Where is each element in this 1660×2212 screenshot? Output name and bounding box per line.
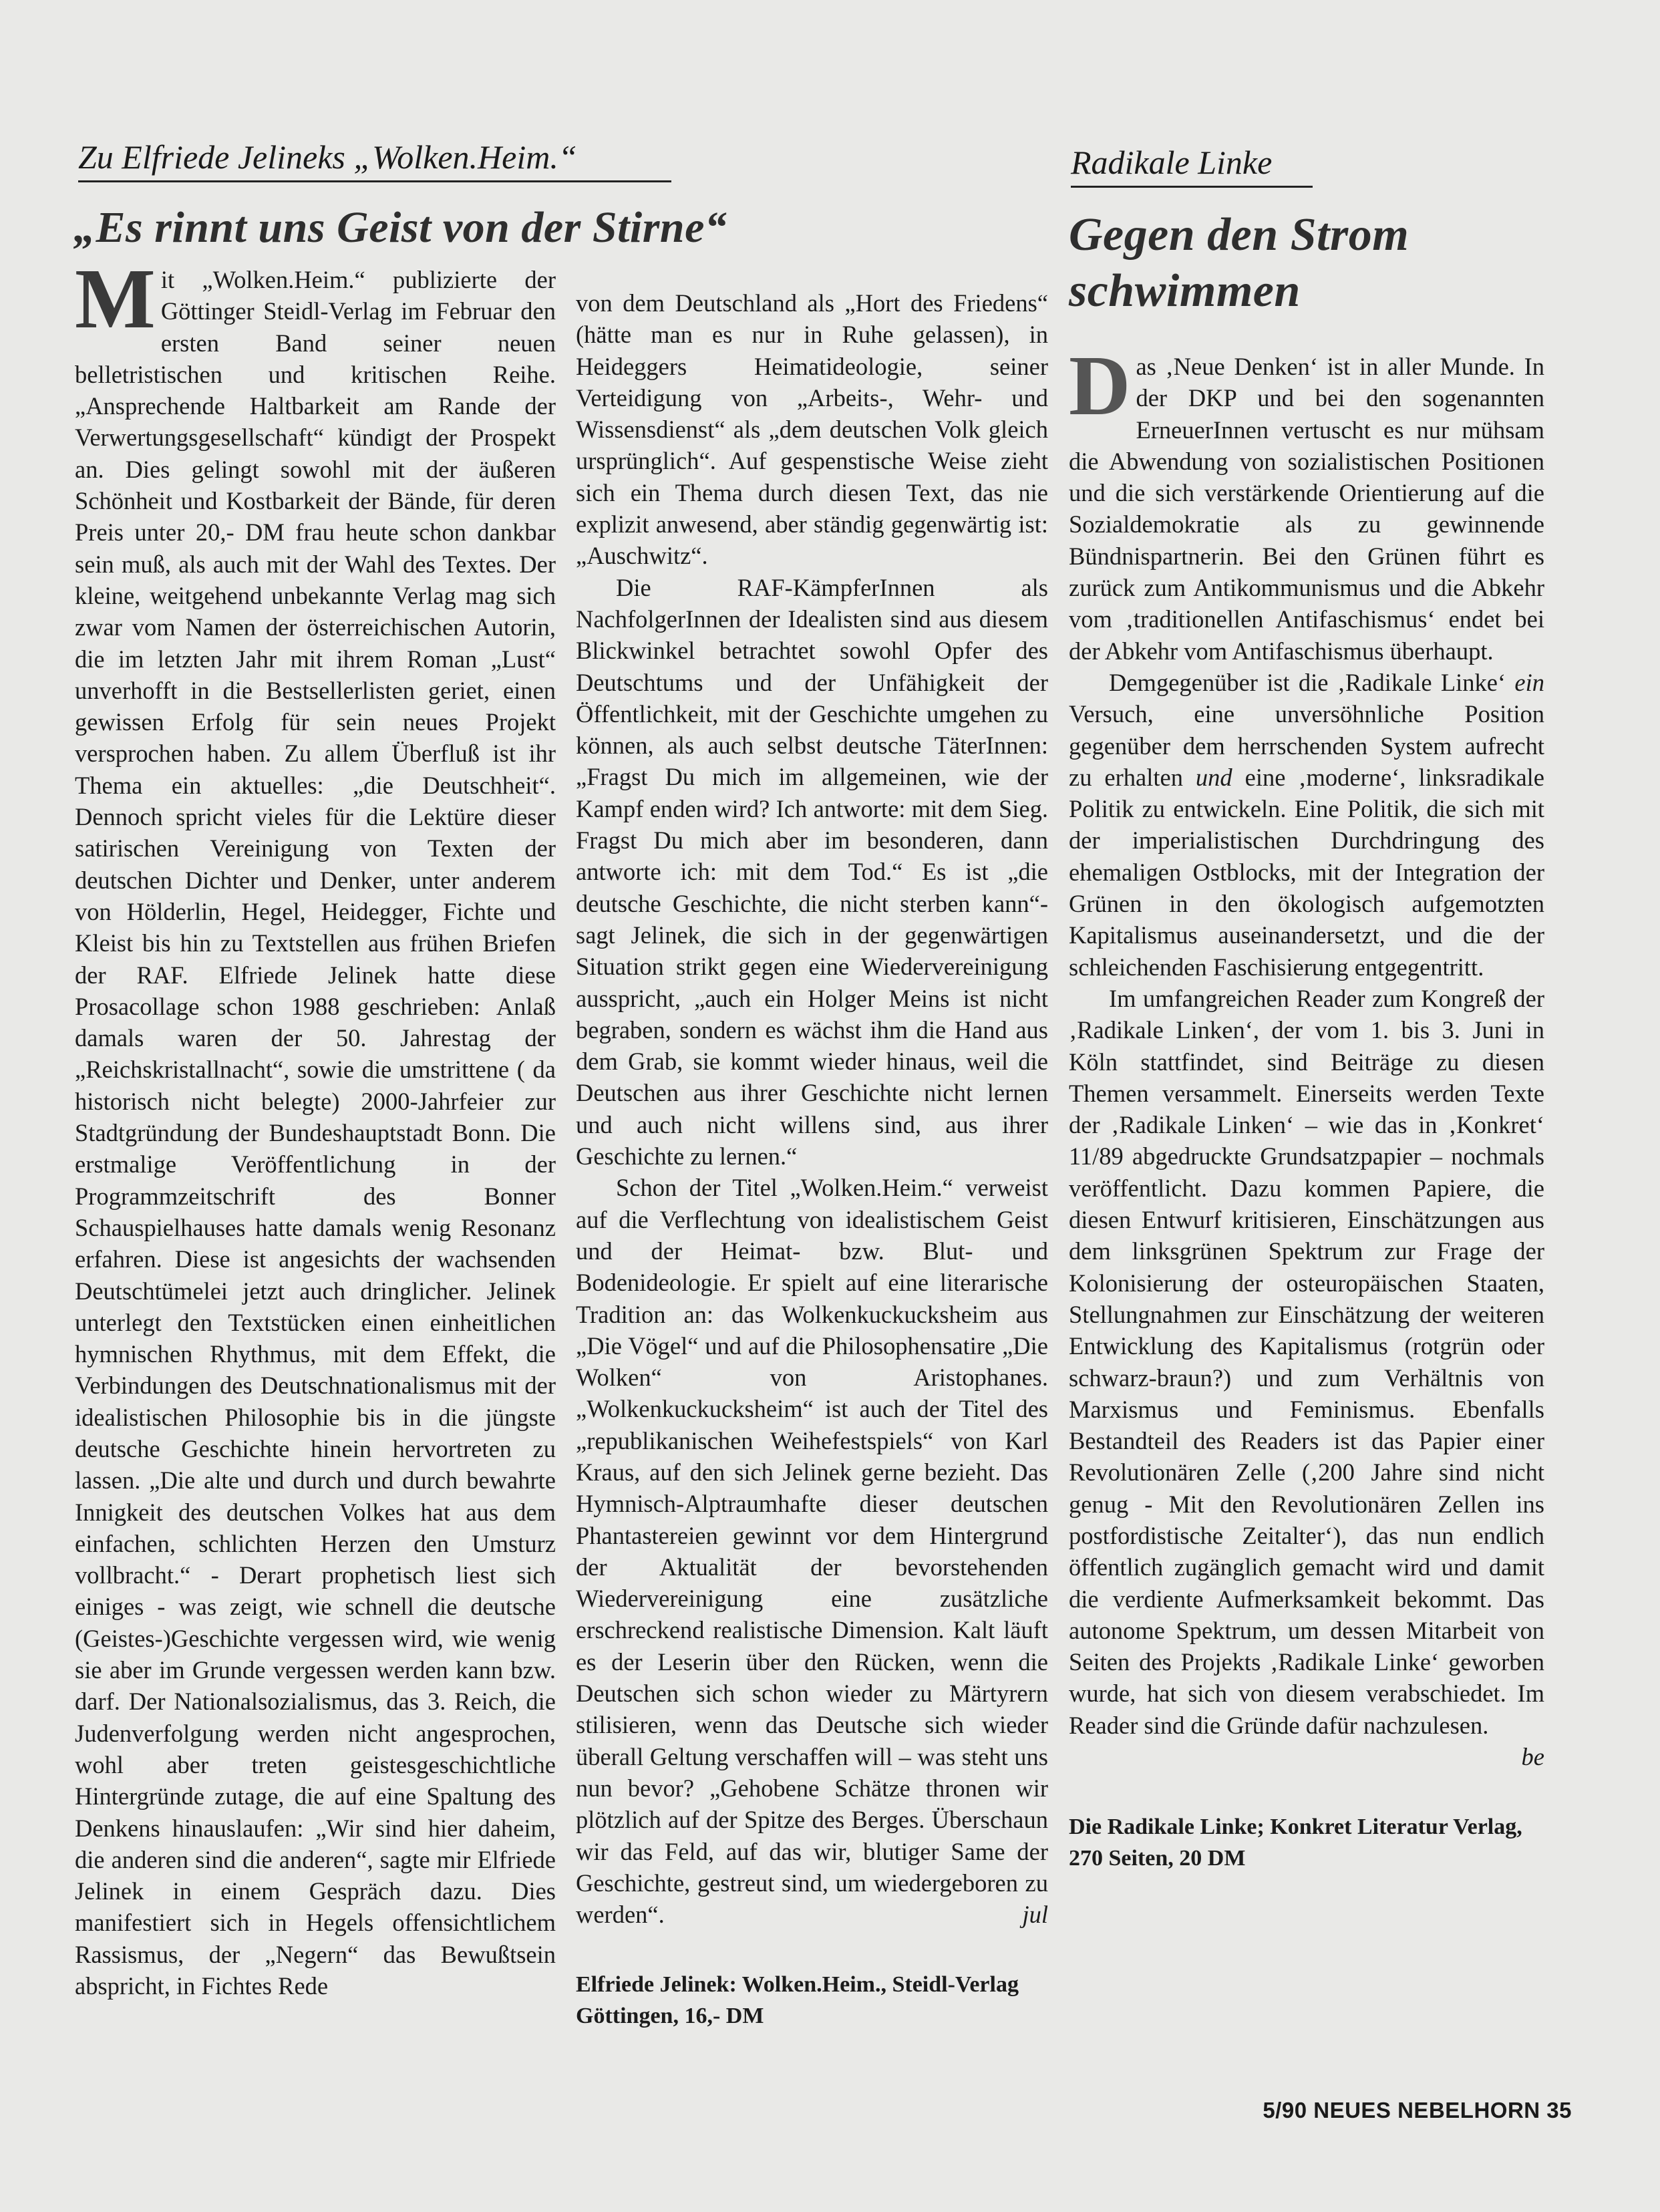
article2-column: Das ‚Neue Denken‘ ist in aller Munde. In… [1069, 351, 1544, 1874]
page-footer: 5/90 NEUES NEBELHORN 35 [1263, 2098, 1572, 2123]
article1-column1: Mit „Wolken.Heim.“ publizierte der Götti… [75, 264, 556, 2002]
article2-bibliography: Die Radikale Linke; Konkret Literatur Ve… [1069, 1811, 1544, 1874]
magazine-page: Zu Elfriede Jelineks „Wolken.Heim.“ „Es … [0, 0, 1660, 2212]
page-number: 35 [1546, 2098, 1572, 2122]
text-run: eine ‚moderne‘, linksradikale Politik zu… [1069, 764, 1544, 981]
article1-paragraph-text: Schon der Titel „Wolken.Heim.“ verweist … [576, 1174, 1048, 1928]
article2-headline: Gegen den Strom schwimmen [1069, 207, 1443, 319]
article2-kicker: Radikale Linke [1071, 146, 1313, 188]
article1-headline: „Es rinnt uns Geist von der Stirne“ [73, 204, 727, 253]
text-run: Demgegenüber ist die ‚Radikale Linke‘ [1109, 669, 1514, 696]
author-signature: jul [982, 1899, 1048, 1930]
magazine-name: NEUES NEBELHORN [1313, 2098, 1540, 2122]
article2-paragraph: Im umfangreichen Reader zum Kongreß der … [1069, 983, 1544, 1741]
dropcap-m: M [75, 268, 156, 329]
article1-kicker: Zu Elfriede Jelineks „Wolken.Heim.“ [78, 140, 671, 182]
article1-paragraph1-text: it „Wolken.Heim.“ publizierte der Göttin… [75, 266, 556, 2000]
article1-paragraph: von dem Deutschland als „Hort des Friede… [576, 287, 1048, 572]
article1-paragraph: Schon der Titel „Wolken.Heim.“ verweist … [576, 1172, 1048, 1930]
article1-bibliography: Elfriede Jelinek: Wolken.Heim., Steidl-V… [576, 1969, 1048, 2032]
author-signature: be [1482, 1741, 1544, 1772]
emphasis: ein [1514, 669, 1544, 696]
article1-column2: von dem Deutschland als „Hort des Friede… [576, 287, 1048, 2032]
article1-paragraph: Mit „Wolken.Heim.“ publizierte der Götti… [75, 264, 556, 2002]
dropcap-d: D [1069, 355, 1130, 416]
article2-paragraph: Das ‚Neue Denken‘ ist in aller Munde. In… [1069, 351, 1544, 667]
article1-paragraph: Die RAF-KämpferInnen als NachfolgerInnen… [576, 572, 1048, 1172]
article2-paragraph: Demgegenüber ist die ‚Radikale Linke‘ ei… [1069, 667, 1544, 983]
article2-paragraph1-text: as ‚Neue Denken‘ ist in aller Munde. In … [1069, 353, 1544, 665]
issue-number: 5/90 [1263, 2098, 1307, 2122]
emphasis: und [1196, 764, 1232, 791]
article2-paragraph-text: Im umfangreichen Reader zum Kongreß der … [1069, 985, 1544, 1739]
